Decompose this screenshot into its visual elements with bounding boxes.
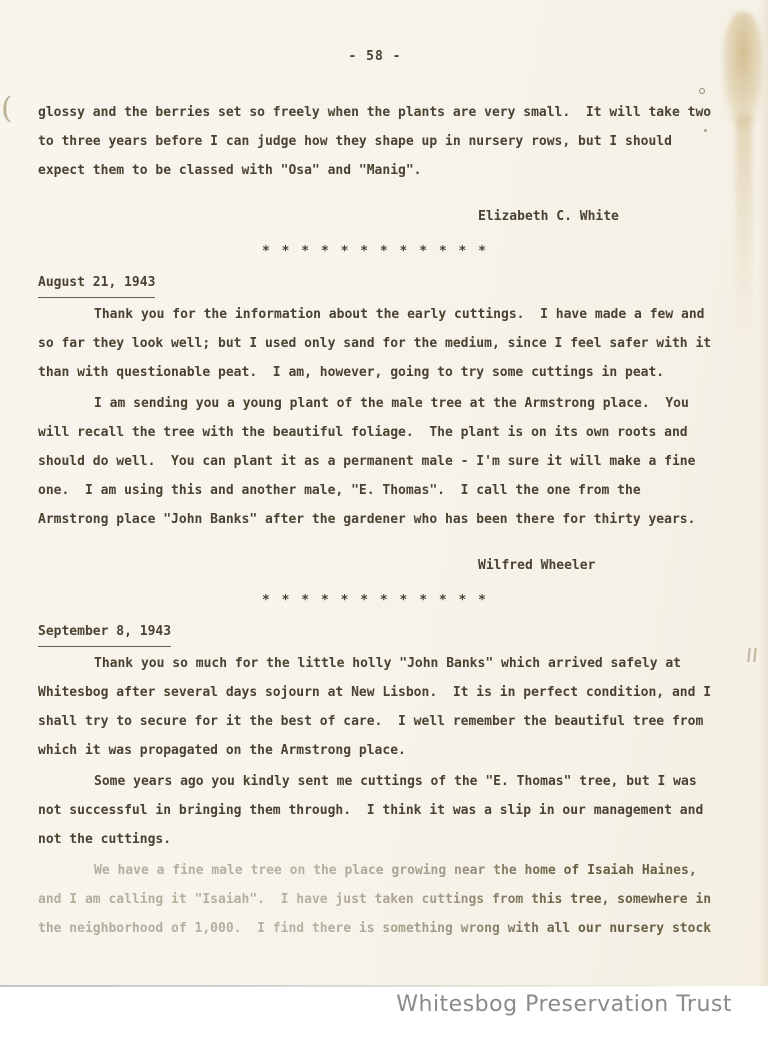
scan-bottom-edge bbox=[0, 985, 768, 987]
scan-speck bbox=[699, 88, 705, 94]
letter-date-text: August 21, 1943 bbox=[38, 268, 155, 298]
scan-artifact-paren: ( bbox=[1, 94, 13, 123]
scan-tick-marks bbox=[748, 648, 756, 662]
opening-paragraph: glossy and the berries set so freely whe… bbox=[38, 98, 712, 185]
letter-date-heading: September 8, 1943 bbox=[38, 617, 712, 647]
letter-august-21-1943: August 21, 1943 Thank you for the inform… bbox=[38, 268, 712, 580]
signature-wilfred-wheeler: Wilfred Wheeler bbox=[478, 551, 712, 580]
letter-date-text: September 8, 1943 bbox=[38, 617, 171, 647]
letter-paragraph-faded: We have a fine male tree on the place gr… bbox=[38, 856, 712, 943]
paper-stain bbox=[722, 12, 764, 130]
paper-stain-streak bbox=[736, 115, 752, 350]
letter-paragraph: Some years ago you kindly sent me cuttin… bbox=[38, 767, 712, 854]
asterisk-divider: * * * * * * * * * * * * bbox=[38, 586, 712, 615]
watermark-text: Whitesbog Preservation Trust bbox=[396, 992, 732, 1017]
scanned-letter-page: - 58 - glossy and the berries set so fre… bbox=[0, 0, 768, 986]
signature-elizabeth-white: Elizabeth C. White bbox=[478, 202, 712, 231]
asterisk-divider: * * * * * * * * * * * * bbox=[38, 237, 712, 266]
letter-paragraph: I am sending you a young plant of the ma… bbox=[38, 389, 712, 534]
page-number: - 58 - bbox=[38, 42, 712, 71]
scan-speck bbox=[704, 129, 707, 132]
letter-paragraph: Thank you so much for the little holly "… bbox=[38, 649, 712, 765]
letter-date-heading: August 21, 1943 bbox=[38, 268, 712, 298]
letter-september-8-1943: September 8, 1943 Thank you so much for … bbox=[38, 617, 712, 943]
letter-paragraph: Thank you for the information about the … bbox=[38, 300, 712, 387]
